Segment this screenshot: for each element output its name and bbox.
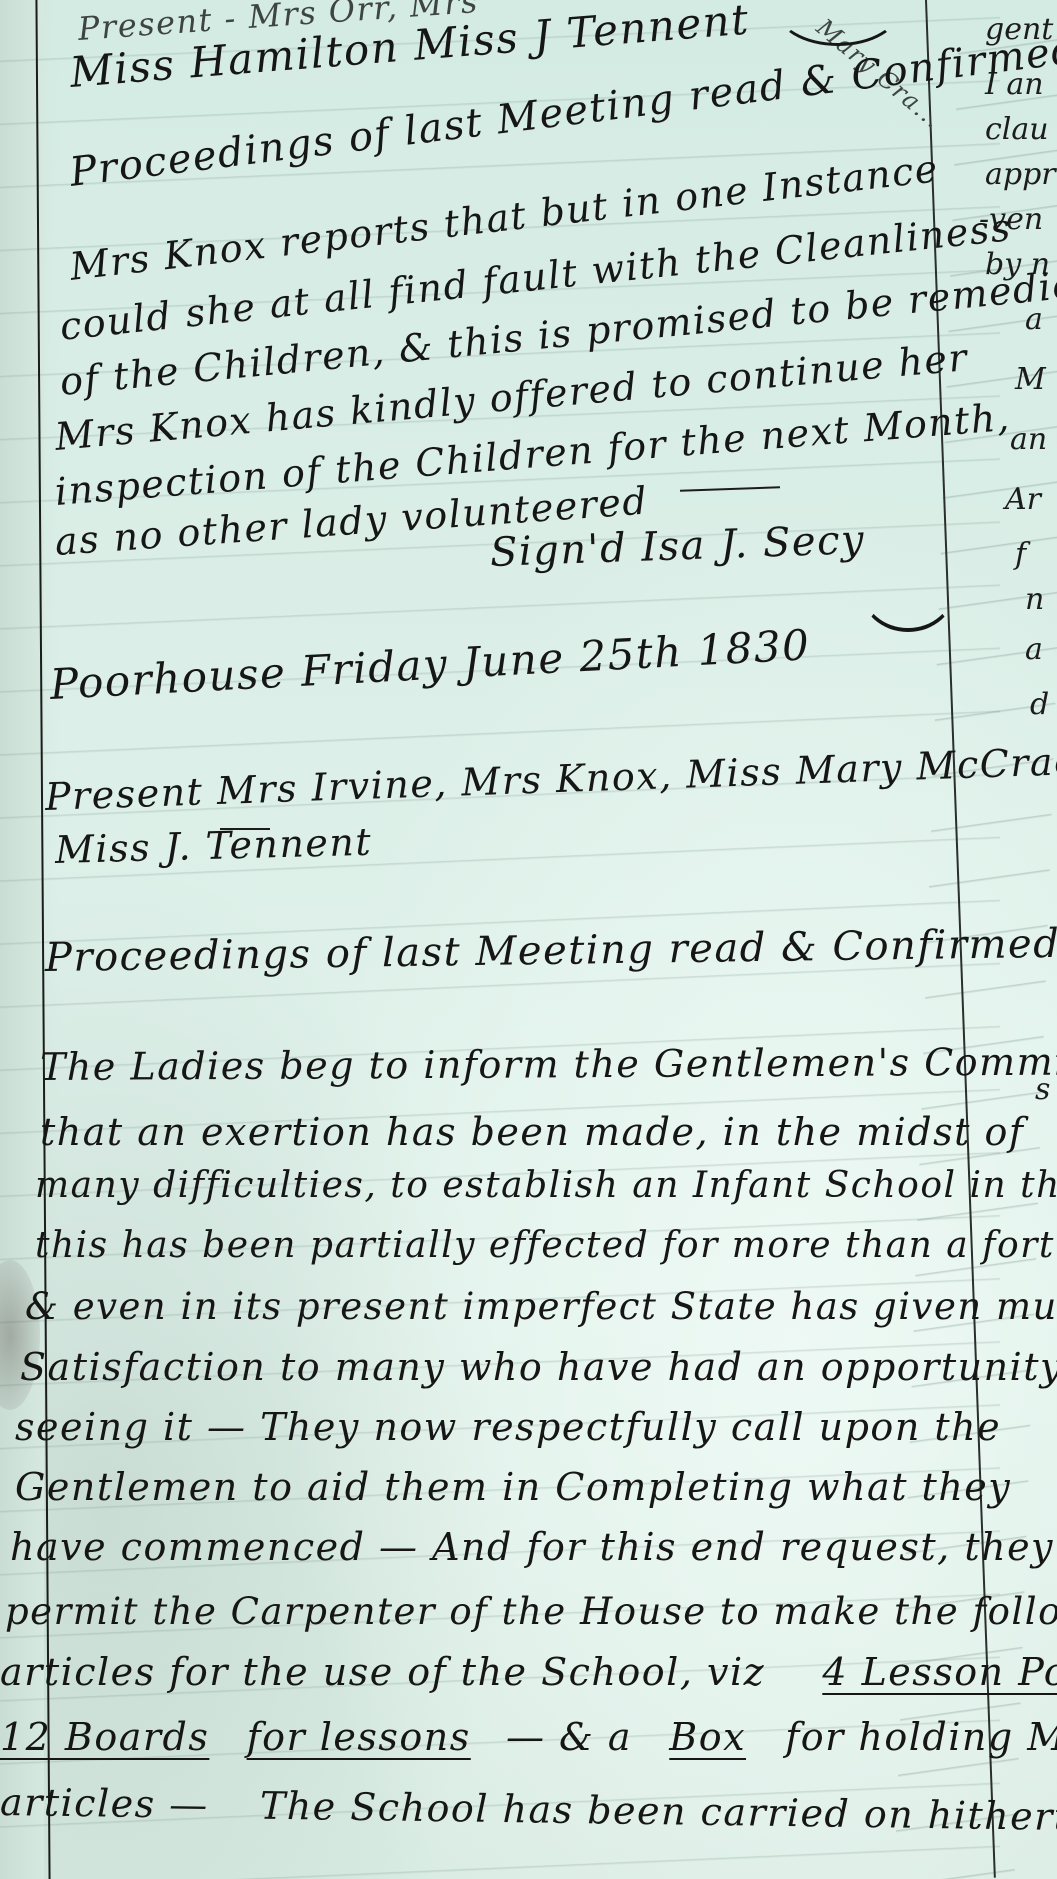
- end-dash: [220, 828, 270, 830]
- signature-flourish: [860, 545, 956, 632]
- paragraph-line: Gentlemen to aid them in Completing what…: [15, 1465, 1011, 1509]
- paragraph-line: have commenced — And for this end reques…: [10, 1525, 1057, 1569]
- item-boards-purpose: for lessons: [247, 1715, 471, 1759]
- item-connector: — & a: [506, 1715, 632, 1759]
- paragraph-line: seeing it — They now respectfully call u…: [15, 1405, 1001, 1449]
- articles-line: articles for the use of the School, viz …: [0, 1650, 1057, 1694]
- proceedings-confirmed-2: Proceedings of last Meeting read & Confi…: [45, 921, 1057, 981]
- continuation-text: The School has been carried on hitherto …: [260, 1784, 1057, 1842]
- item-lesson-posts: 4 Lesson Posts: [822, 1650, 1057, 1694]
- item-boards: 12 Boards: [0, 1715, 209, 1759]
- meeting-heading: Poorhouse Friday June 25th 1830: [49, 620, 812, 709]
- paragraph-line: & even in its present imperfect State ha…: [25, 1285, 1057, 1328]
- end-dash: [680, 486, 780, 491]
- paragraph-line: articles for the use of the School, viz: [0, 1650, 765, 1694]
- paragraph-line: this has been partially effected for mor…: [35, 1225, 1057, 1266]
- paragraph-line: that an exertion has been made, in the m…: [40, 1110, 1024, 1154]
- signature-flourish: [775, 0, 901, 46]
- item-box: Box: [669, 1715, 746, 1759]
- articles-end: articles —: [0, 1780, 209, 1827]
- paragraph-line: many difficulties, to establish an Infan…: [35, 1165, 1057, 1206]
- paragraph-line: permit the Carpenter of the House to mak…: [5, 1590, 1057, 1633]
- present-line: Miss J. Tennent: [54, 820, 372, 872]
- paragraph-line: Satisfaction to many who have had an opp…: [20, 1345, 1057, 1389]
- last-line: articles — The School has been carried o…: [0, 1780, 1057, 1841]
- paragraph-line: The Ladies beg to inform the Gentlemen's…: [40, 1039, 1057, 1089]
- items-line: 12 Boards for lessons — & a Box for hold…: [0, 1715, 1057, 1759]
- main-page: Present - Mrs Orr, Mrs Miss Hamilton Mis…: [0, 0, 1057, 1879]
- present-line: Present Mrs Irvine, Mrs Knox, Miss Mary …: [44, 736, 1057, 819]
- item-box-purpose: for holding Metals & various other: [785, 1715, 1057, 1759]
